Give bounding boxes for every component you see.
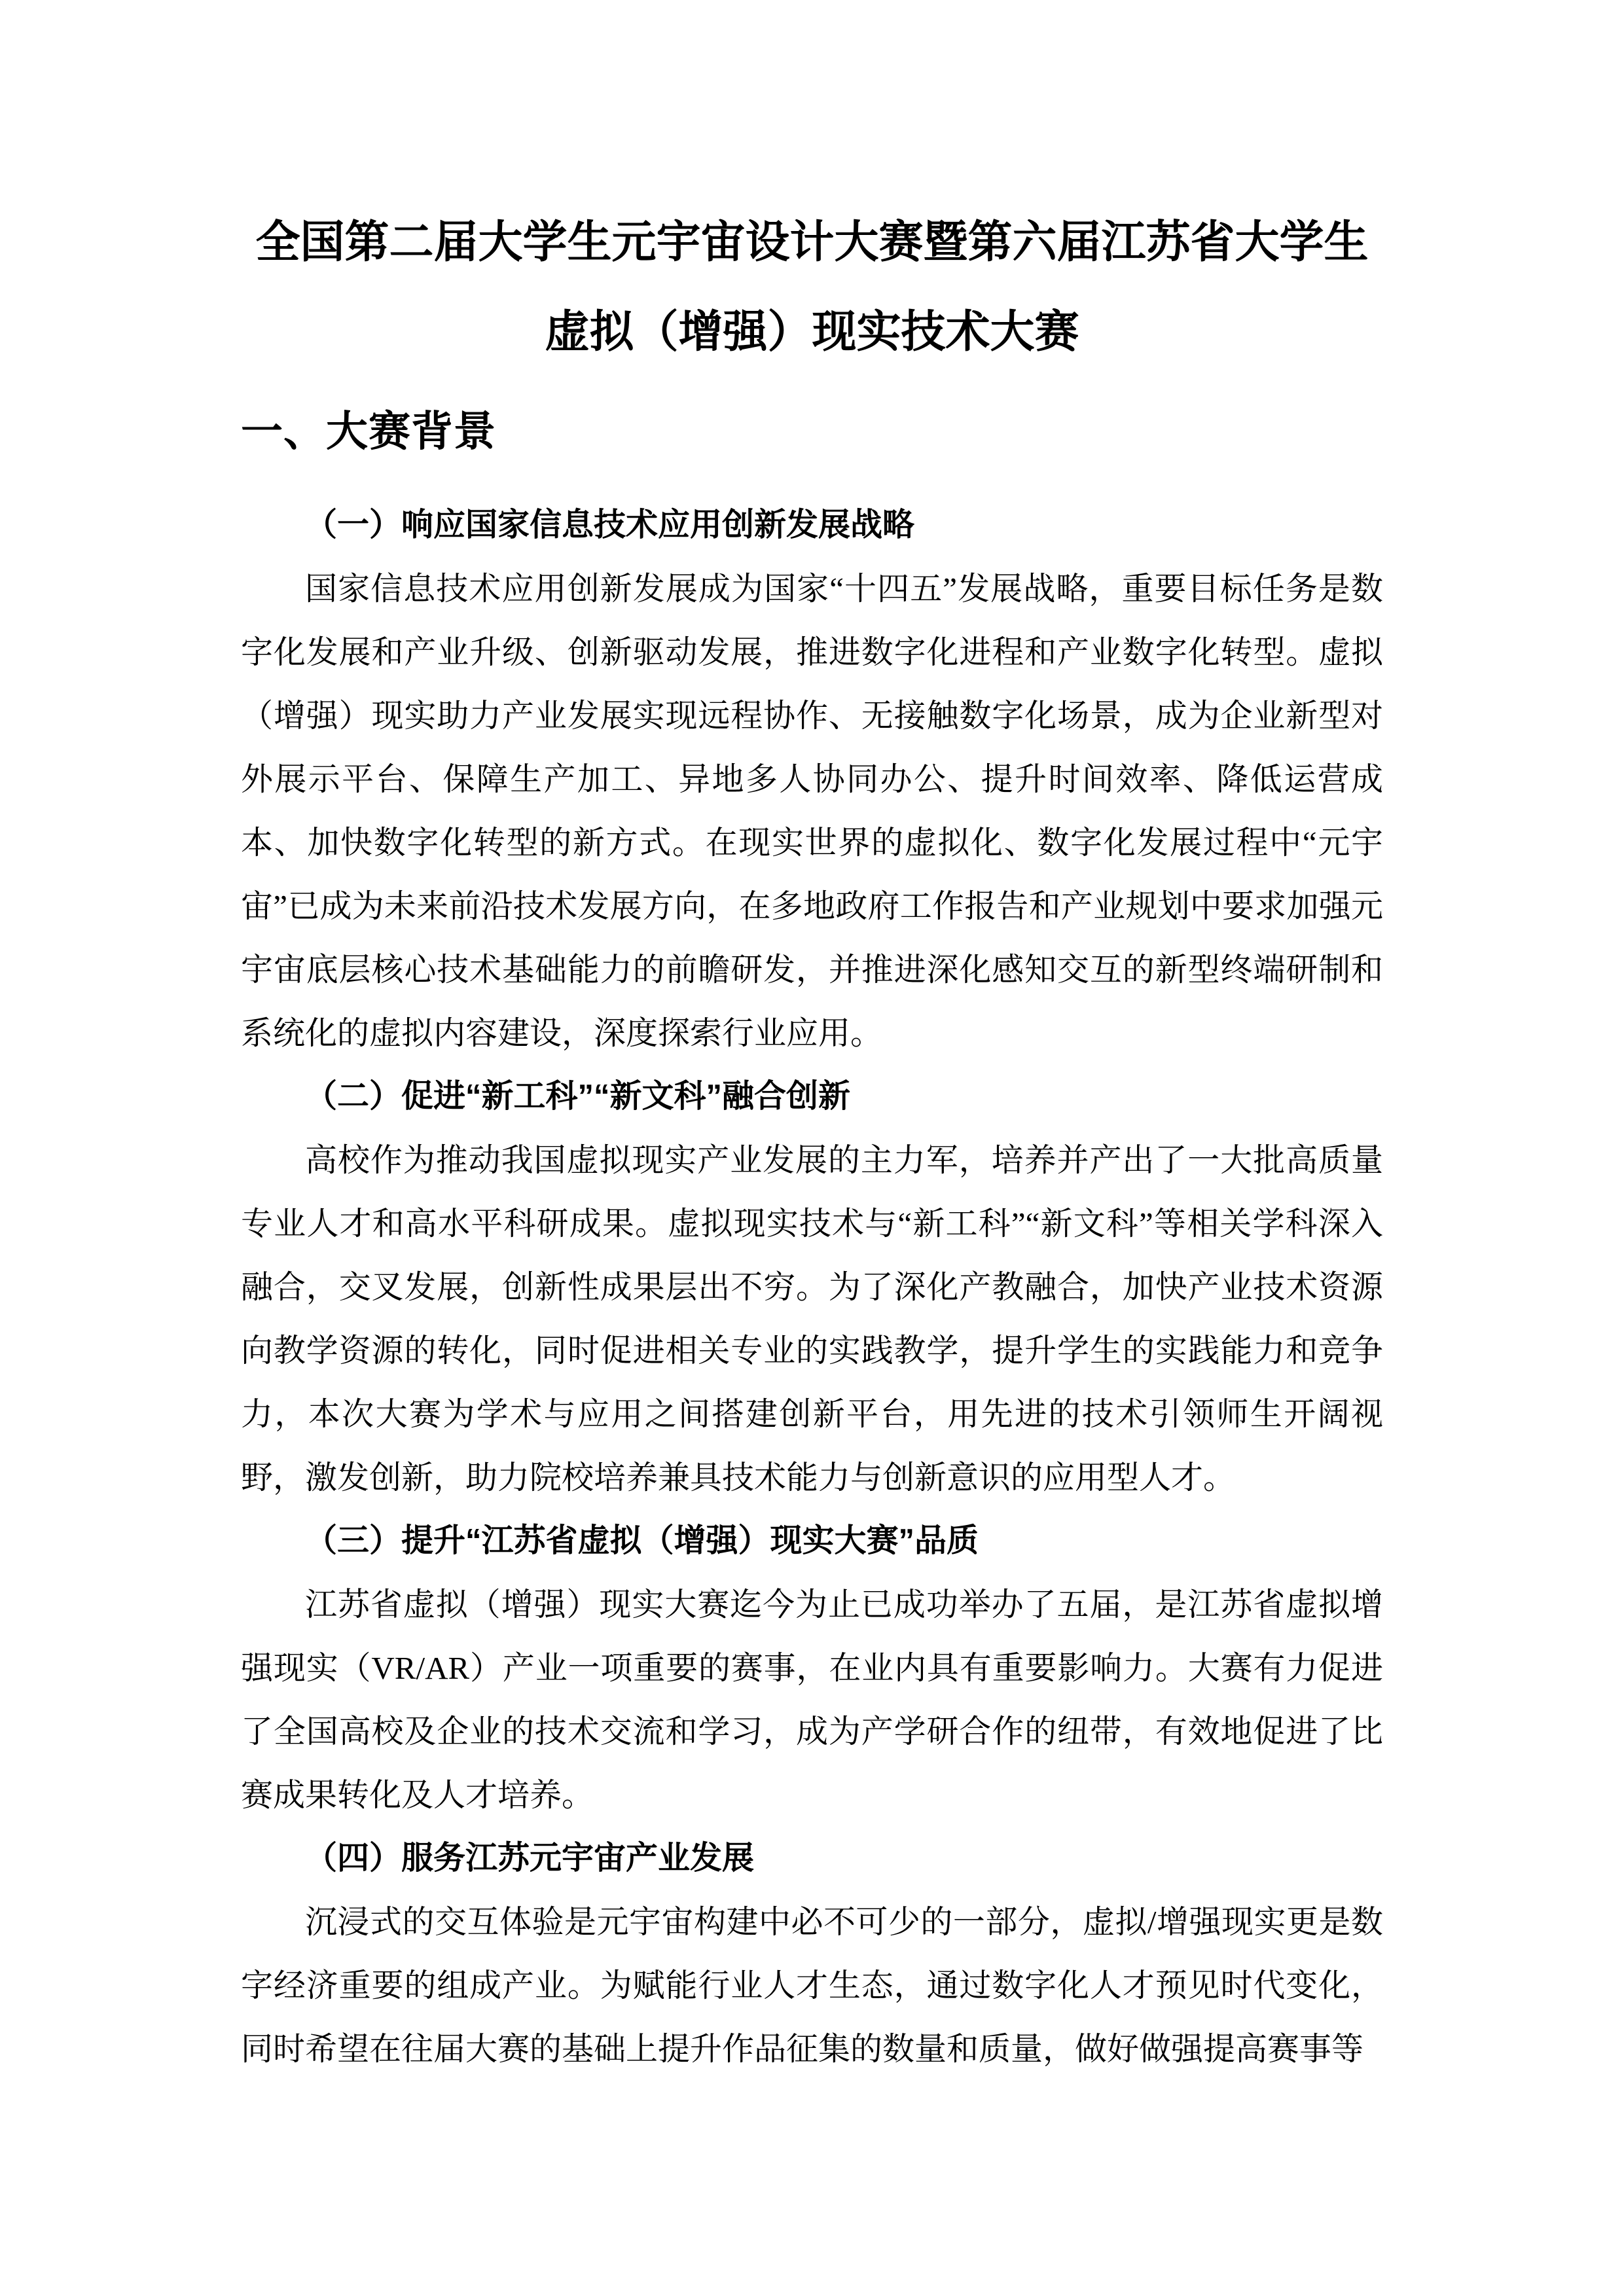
subsection-3-heading: （三）提升“江苏省虚拟（增强）现实大赛”品质 — [241, 1509, 1383, 1573]
subsection-2-paragraph: 高校作为推动我国虚拟现实产业发展的主力军，培养并产出了一大批高质量专业人才和高水… — [241, 1128, 1383, 1509]
subsection-4: （四）服务江苏元宇宙产业发展 沉浸式的交互体验是元宇宙构建中必不可少的一部分，虚… — [241, 1827, 1383, 2081]
section-heading-competition-background: 一、大赛背景 — [241, 395, 1383, 467]
subsection-2: （二）促进“新工科”“新文科”融合创新 高校作为推动我国虚拟现实产业发展的主力军… — [241, 1065, 1383, 1509]
document-title: 全国第二届大学生元宇宙设计大赛暨第六届江苏省大学生 虚拟（增强）现实技术大赛 — [241, 198, 1383, 377]
document-title-line-2: 虚拟（增强）现实技术大赛 — [241, 287, 1383, 377]
subsection-3-paragraph: 江苏省虚拟（增强）现实大赛迄今为止已成功举办了五届，是江苏省虚拟增强现实（VR/… — [241, 1573, 1383, 1827]
subsection-1-paragraph: 国家信息技术应用创新发展成为国家“十四五”发展战略，重要目标任务是数字化发展和产… — [241, 557, 1383, 1065]
subsection-4-paragraph: 沉浸式的交互体验是元宇宙构建中必不可少的一部分，虚拟/增强现实更是数字经济重要的… — [241, 1890, 1383, 2081]
subsection-1: （一）响应国家信息技术应用创新发展战略 国家信息技术应用创新发展成为国家“十四五… — [241, 493, 1383, 1065]
subsection-1-heading: （一）响应国家信息技术应用创新发展战略 — [241, 493, 1383, 557]
document-page: 全国第二届大学生元宇宙设计大赛暨第六届江苏省大学生 虚拟（增强）现实技术大赛 一… — [0, 0, 1624, 2296]
subsection-4-heading: （四）服务江苏元宇宙产业发展 — [241, 1827, 1383, 1890]
subsection-3: （三）提升“江苏省虚拟（增强）现实大赛”品质 江苏省虚拟（增强）现实大赛迄今为止… — [241, 1509, 1383, 1827]
subsection-2-heading: （二）促进“新工科”“新文科”融合创新 — [241, 1065, 1383, 1128]
document-title-line-1: 全国第二届大学生元宇宙设计大赛暨第六届江苏省大学生 — [241, 198, 1383, 287]
